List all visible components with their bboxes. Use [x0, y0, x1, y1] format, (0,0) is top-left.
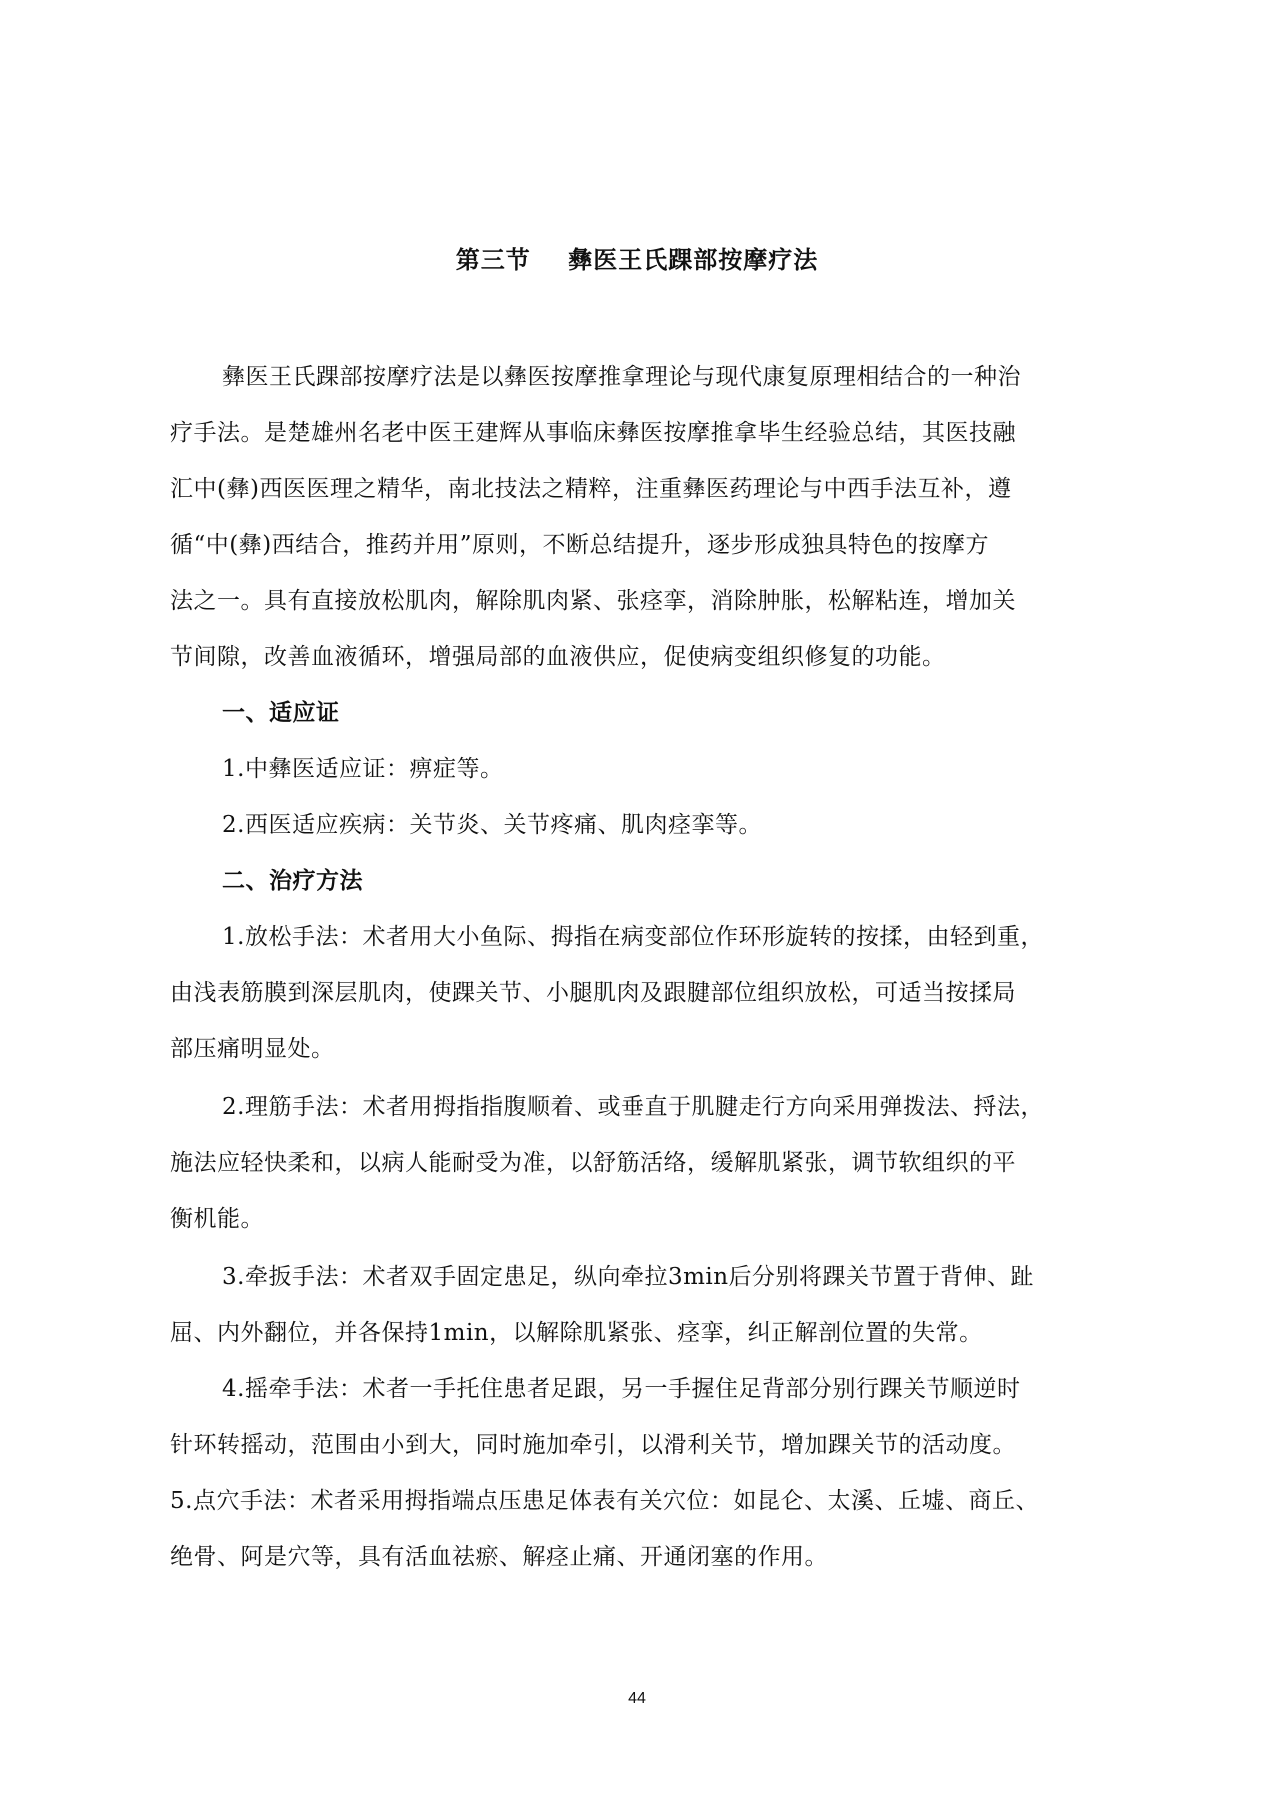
section-heading: 二、治疗方法	[222, 866, 363, 896]
paragraph-line: 彝医王氏踝部按摩疗法是以彝医按摩推拿理论与现代康复原理相结合的一种治	[222, 362, 1021, 392]
paragraph-line: 4.摇牵手法：术者一手托住患者足跟，另一手握住足背部分别行踝关节顺逆时	[222, 1374, 1020, 1404]
document-page: 第三节 彝医王氏踝部按摩疗法 彝医王氏踝部按摩疗法是以彝医按摩推拿理论与现代康复…	[0, 0, 1274, 1801]
paragraph-line: 施法应轻快柔和，以病人能耐受为准，以舒筋活络，缓解肌紧张，调节软组织的平	[170, 1148, 1016, 1178]
paragraph-line: 法之一。具有直接放松肌肉，解除肌肉紧、张痉挛，消除肿胀，松解粘连，增加关	[170, 586, 1016, 616]
paragraph-line: 绝骨、阿是穴等，具有活血祛瘀、解痉止痛、开通闭塞的作用。	[170, 1542, 828, 1572]
paragraph-line: 疗手法。是楚雄州名老中医王建辉从事临床彝医按摩推拿毕生经验总结，其医技融	[170, 418, 1016, 448]
paragraph-line: 屈、内外翻位，并各保持1min，以解除肌紧张、痉挛，纠正解剖位置的失常。	[170, 1318, 983, 1348]
section-title: 第三节 彝医王氏踝部按摩疗法	[0, 240, 1274, 275]
paragraph-line: 由浅表筋膜到深层肌肉，使踝关节、小腿肌肉及跟腱部位组织放松，可适当按揉局	[170, 978, 1016, 1008]
paragraph-line: 部压痛明显处。	[170, 1034, 335, 1064]
paragraph-line: 5.点穴手法：术者采用拇指端点压患足体表有关穴位：如昆仑、太溪、丘墟、商丘、	[170, 1486, 1039, 1516]
paragraph-line: 针环转摇动，范围由小到大，同时施加牵引，以滑利关节，增加踝关节的活动度。	[170, 1430, 1016, 1460]
paragraph-line: 1.中彝医适应证：痹症等。	[222, 754, 503, 784]
paragraph-line: 1.放松手法：术者用大小鱼际、拇指在病变部位作环形旋转的按揉，由轻到重，	[222, 922, 1044, 952]
paragraph-line: 2.理筋手法：术者用拇指指腹顺着、或垂直于肌腱走行方向采用弹拨法、捋法，	[222, 1092, 1044, 1122]
paragraph-line: 循“中(彝)西结合，推药并用”原则，不断总结提升，逐步形成独具特色的按摩方	[170, 530, 989, 560]
paragraph-line: 3.牵扳手法：术者双手固定患足，纵向牵拉3min后分别将踝关节置于背伸、趾	[222, 1262, 1034, 1292]
paragraph-line: 节间隙，改善血液循环，增强局部的血液供应，促使病变组织修复的功能。	[170, 642, 946, 672]
section-heading: 一、适应证	[222, 698, 340, 728]
paragraph-line: 衡机能。	[170, 1204, 264, 1234]
paragraph-line: 汇中(彝)西医医理之精华，南北技法之精粹，注重彝医药理论与中西手法互补，遵	[170, 474, 1011, 504]
paragraph-line: 2.西医适应疾病：关节炎、关节疼痛、肌肉痉挛等。	[222, 810, 762, 840]
page-number: 44	[0, 1690, 1274, 1708]
